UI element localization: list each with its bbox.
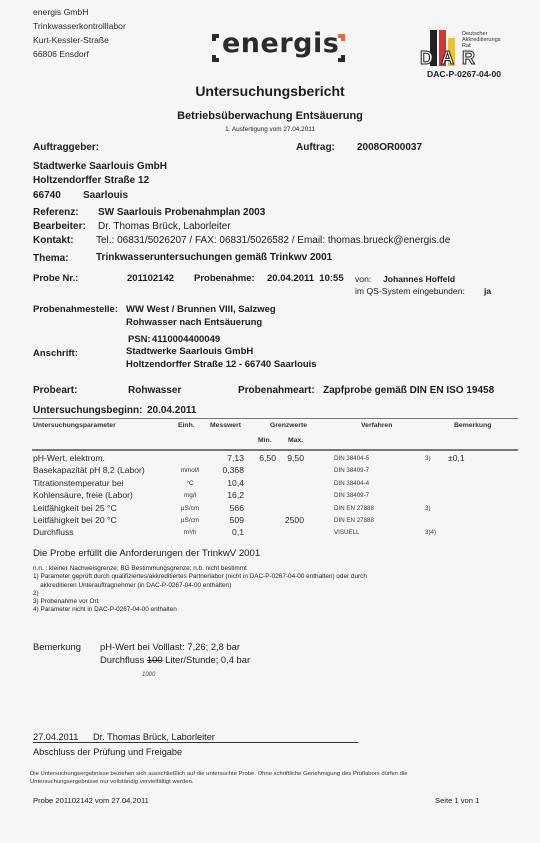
- address-line2: Holtzendorffer Straße 12 - 66740 Saarlou…: [126, 359, 317, 370]
- editor-label: Bearbeiter:: [33, 221, 86, 232]
- cell-unit: mg/l: [174, 492, 206, 499]
- sender-address: energis GmbH Trinkwasserkontrolllabor Ku…: [33, 5, 126, 61]
- footnotes: n.n. : kleiner Nachweisgrenze; BG Bestim…: [33, 565, 367, 615]
- logo-bracket-icon: [212, 34, 219, 41]
- report-title: Untersuchungsbericht: [0, 83, 540, 99]
- contact-value: Tel.: 06831/5026207 / FAX: 06831/5026582…: [96, 235, 450, 246]
- cell-unit: µS/cm: [174, 517, 206, 524]
- report-edition: 1. Ausfertigung vom 27.04.2011: [0, 126, 540, 133]
- footnote: akkreditieren Unterauftragnehmer (in DAC…: [33, 582, 367, 590]
- cell-method: DIN 38404-5: [334, 455, 369, 462]
- remark-line1: pH-Wert bei Volllast: 7,26; 2,8 bar: [100, 641, 240, 652]
- sample-type-value: Rohwasser: [128, 385, 181, 396]
- contact-label: Kontakt:: [33, 235, 74, 246]
- footnote: 1) Parameter geprüft durch qualifizierte…: [33, 573, 367, 581]
- cell-parameter: Leitfähigkeit bei 20 °C: [33, 515, 117, 525]
- table-top-rule: [32, 418, 518, 419]
- client-street: Holtzendorffer Straße 12: [33, 175, 149, 186]
- footer-page-number: Seite 1 von 1: [435, 796, 479, 805]
- sender-line: Trinkwasserkontrolllabor: [33, 19, 126, 33]
- cell-parameter: Titrationstemperatur bei: [33, 478, 123, 488]
- sample-number-value: 201102142: [127, 273, 174, 284]
- col-header-unit: Einh.: [178, 422, 195, 429]
- cell-parameter: pH-Wert, elektrom.: [33, 453, 105, 463]
- cell-method: VISUELL: [334, 529, 359, 536]
- cell-method: DIN EN 27888: [334, 517, 374, 524]
- cell-value: 16,2: [208, 490, 244, 500]
- footnote: 4) Parameter nicht in DAC-P-0267-04-00 e…: [33, 606, 367, 614]
- cell-remark: ±0,1: [448, 453, 465, 463]
- order-label: Auftrag:: [296, 142, 335, 153]
- signature-name: Dr. Thomas Brück, Laborleiter: [93, 732, 215, 742]
- cell-unit: mmol/l: [174, 467, 206, 474]
- sampling-value: 20.04.2011 10:55: [267, 273, 344, 284]
- sender-line: energis GmbH: [33, 5, 126, 19]
- reference-label: Referenz:: [33, 207, 79, 218]
- cell-method: DIN 38404-4: [334, 480, 369, 487]
- cell-max: 2500: [280, 515, 304, 525]
- cell-value: 0,368: [208, 465, 244, 475]
- col-header-min: Min.: [258, 437, 272, 444]
- location-line2: Rohwasser nach Entsäuerung: [126, 317, 262, 328]
- remark-line2: Durchfluss 100 Liter/Stunde; 0,4 bar: [100, 654, 250, 665]
- footer-sample-ref: Probe 201102142 vom 27.04.2011: [33, 796, 149, 805]
- cell-method: DIN 38409-7: [334, 467, 369, 474]
- remark-prefix: Durchfluss: [100, 654, 147, 665]
- psn-label: PSN:: [128, 334, 151, 345]
- client-name: Stadtwerke Saarlouis GmbH: [33, 161, 167, 172]
- col-header-value: Messwert: [210, 422, 241, 429]
- cell-parameter: Leitfähigkeit bei 25 °C: [33, 503, 117, 513]
- client-label: Auftraggeber:: [33, 142, 99, 153]
- logo-text: energis: [222, 28, 339, 59]
- col-header-remark: Bemerkung: [454, 422, 491, 429]
- qs-value: ja: [484, 286, 491, 296]
- cell-unit: m³/h: [174, 529, 206, 536]
- dar-code: DAC-P-0267-04-00: [427, 69, 501, 79]
- col-header-method: Verfahren: [361, 422, 392, 429]
- order-value: 2008OR00037: [357, 142, 422, 153]
- handwritten-correction: 1000: [142, 672, 155, 678]
- footnote: n.n. : kleiner Nachweisgrenze; BG Bestim…: [33, 565, 367, 573]
- footnote: 3) Probenahme vor Ort: [33, 598, 367, 606]
- cell-max: 9,50: [280, 453, 304, 463]
- psn-value: 4110004400049: [152, 334, 220, 345]
- dar-acronym: DAR: [420, 48, 483, 69]
- sampling-label: Probenahme:: [194, 273, 255, 284]
- disclaimer: Die Untersuchungsergebnisse beziehen sic…: [30, 770, 408, 786]
- report-subtitle: Betriebsüberwachung Entsäuerung: [0, 110, 540, 122]
- remark-struck-value: 100: [147, 654, 163, 665]
- sample-number-label: Probe Nr.:: [33, 273, 78, 284]
- location-line1: WW West / Brunnen VIII, Salzweg: [126, 304, 276, 315]
- remark-label: Bemerkung: [33, 641, 81, 652]
- signature-line: [33, 742, 358, 743]
- topic-value: Trinkwasseruntersuchungen gemäß Trinkwv …: [96, 252, 332, 263]
- energis-logo: energis: [212, 28, 347, 64]
- cell-note: 3): [425, 455, 431, 462]
- table-header-rule: [32, 449, 518, 451]
- col-header-limits: Grenzwerte: [270, 422, 307, 429]
- cell-value: 7,13: [208, 453, 244, 463]
- signature-caption: Abschluss der Prüfung und Freigabe: [33, 747, 182, 757]
- topic-label: Thema:: [33, 253, 69, 264]
- cell-value: 509: [208, 515, 244, 525]
- cell-method: DIN EN 27888: [334, 505, 374, 512]
- location-label: Probenahmestelle:: [33, 304, 118, 315]
- analysis-start-label: Untersuchungsbeginn:: [33, 405, 142, 416]
- address-label: Anschrift:: [33, 348, 78, 359]
- col-header-parameter: Untersuchungsparameter: [33, 422, 116, 429]
- sender-line: 66806 Ensdorf: [33, 47, 126, 61]
- qs-label: im QS-System eingebunden:: [355, 286, 465, 296]
- conclusion-text: Die Probe erfüllt die Anforderungen der …: [33, 548, 260, 559]
- sampling-method-value: Zapfprobe gemäß DIN EN ISO 19458: [323, 385, 494, 396]
- col-header-max: Max.: [288, 437, 303, 444]
- disclaimer-line: Die Untersuchungsergebnisse beziehen sic…: [30, 770, 408, 778]
- signature-date: 27.04.2011: [33, 732, 78, 742]
- logo-bracket-icon: [212, 55, 219, 62]
- remark-suffix: Liter/Stunde; 0,4 bar: [163, 654, 251, 665]
- client-city: Saarlouis: [83, 190, 128, 201]
- cell-note: 3): [425, 505, 431, 512]
- cell-unit: °C: [174, 480, 206, 487]
- cell-note: 3)4): [425, 529, 436, 536]
- editor-value: Dr. Thomas Brück, Laborleiter: [98, 221, 231, 232]
- sampling-method-label: Probenahmeart:: [238, 385, 315, 396]
- client-zip: 66740: [33, 190, 61, 201]
- analysis-start-value: 20.04.2011: [147, 405, 197, 416]
- cell-parameter: Durchfluss: [33, 527, 74, 537]
- cell-parameter: Basekapazität pH 8,2 (Labor): [33, 465, 145, 475]
- sampler-label: von:: [355, 274, 371, 284]
- cell-unit: µS/cm: [174, 505, 206, 512]
- disclaimer-line: Untersuchungsergebnisse nur vollständig …: [30, 778, 408, 786]
- cell-value: 10,4: [208, 478, 244, 488]
- footnote: 2): [33, 590, 367, 598]
- sample-type-label: Probeart:: [33, 385, 77, 396]
- cell-value: 0,1: [208, 527, 244, 537]
- cell-value: 566: [208, 503, 244, 513]
- sender-line: Kurt-Kessler-Straße: [33, 33, 126, 47]
- cell-parameter: Kohlensäure, freie (Labor): [33, 490, 133, 500]
- cell-min: 6,50: [250, 453, 276, 463]
- sampler-value: Johannes Hoffeld: [383, 274, 455, 284]
- cell-method: DIN 38409-7: [334, 492, 369, 499]
- reference-value: SW Saarlouis Probenahmplan 2003: [98, 207, 265, 218]
- dar-accreditation-logo: Deutscher Akkreditierungs Rat DAR DAC-P-…: [410, 28, 525, 80]
- address-line1: Stadtwerke Saarlouis GmbH: [126, 346, 253, 357]
